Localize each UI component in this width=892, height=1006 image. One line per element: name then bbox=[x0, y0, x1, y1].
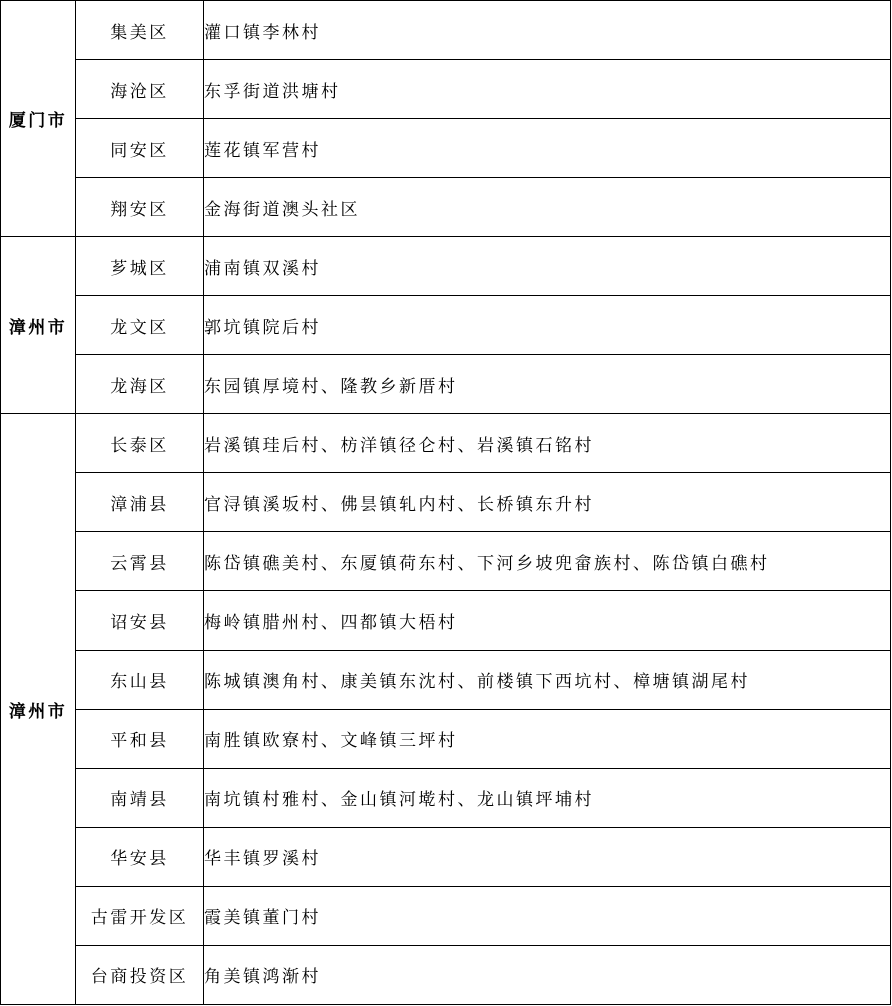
district-cell: 海沧区 bbox=[76, 60, 204, 119]
district-cell: 长泰区 bbox=[76, 414, 204, 473]
villages-cell: 陈岱镇礁美村、东厦镇荷东村、下河乡坡兜畲族村、陈岱镇白礁村 bbox=[204, 532, 891, 591]
region-village-table: 厦门市集美区灌口镇李林村海沧区东孚街道洪塘村同安区莲花镇军营村翔安区金海街道澳头… bbox=[0, 0, 891, 1005]
district-cell: 台商投资区 bbox=[76, 945, 204, 1004]
table-row: 古雷开发区霞美镇董门村 bbox=[1, 886, 891, 945]
city-cell: 厦门市 bbox=[1, 1, 76, 237]
table-row: 龙文区郭坑镇院后村 bbox=[1, 296, 891, 355]
district-cell: 平和县 bbox=[76, 709, 204, 768]
district-cell: 龙文区 bbox=[76, 296, 204, 355]
villages-cell: 灌口镇李林村 bbox=[204, 1, 891, 60]
district-cell: 东山县 bbox=[76, 650, 204, 709]
table-row: 龙海区东园镇厚境村、隆教乡新厝村 bbox=[1, 355, 891, 414]
table-row: 漳州市芗城区浦南镇双溪村 bbox=[1, 237, 891, 296]
table-row: 海沧区东孚街道洪塘村 bbox=[1, 60, 891, 119]
villages-cell: 东园镇厚境村、隆教乡新厝村 bbox=[204, 355, 891, 414]
table-row: 华安县华丰镇罗溪村 bbox=[1, 827, 891, 886]
villages-cell: 梅岭镇腊州村、四都镇大梧村 bbox=[204, 591, 891, 650]
region-table-body: 厦门市集美区灌口镇李林村海沧区东孚街道洪塘村同安区莲花镇军营村翔安区金海街道澳头… bbox=[1, 1, 891, 1005]
table-row: 翔安区金海街道澳头社区 bbox=[1, 178, 891, 237]
villages-cell: 官浔镇溪坂村、佛昙镇轧内村、长桥镇东升村 bbox=[204, 473, 891, 532]
table-row: 东山县陈城镇澳角村、康美镇东沈村、前楼镇下西坑村、樟塘镇湖尾村 bbox=[1, 650, 891, 709]
table-row: 台商投资区角美镇鸿渐村 bbox=[1, 945, 891, 1004]
villages-cell: 岩溪镇珪后村、枋洋镇径仑村、岩溪镇石铭村 bbox=[204, 414, 891, 473]
table-row: 漳州市长泰区岩溪镇珪后村、枋洋镇径仑村、岩溪镇石铭村 bbox=[1, 414, 891, 473]
villages-cell: 莲花镇军营村 bbox=[204, 119, 891, 178]
villages-cell: 南坑镇村雅村、金山镇河墘村、龙山镇坪埔村 bbox=[204, 768, 891, 827]
villages-cell: 霞美镇董门村 bbox=[204, 886, 891, 945]
district-cell: 芗城区 bbox=[76, 237, 204, 296]
villages-cell: 陈城镇澳角村、康美镇东沈村、前楼镇下西坑村、樟塘镇湖尾村 bbox=[204, 650, 891, 709]
district-cell: 同安区 bbox=[76, 119, 204, 178]
table-row: 同安区莲花镇军营村 bbox=[1, 119, 891, 178]
villages-cell: 东孚街道洪塘村 bbox=[204, 60, 891, 119]
district-cell: 云霄县 bbox=[76, 532, 204, 591]
villages-cell: 金海街道澳头社区 bbox=[204, 178, 891, 237]
district-cell: 集美区 bbox=[76, 1, 204, 60]
villages-cell: 浦南镇双溪村 bbox=[204, 237, 891, 296]
district-cell: 漳浦县 bbox=[76, 473, 204, 532]
villages-cell: 华丰镇罗溪村 bbox=[204, 827, 891, 886]
table-row: 厦门市集美区灌口镇李林村 bbox=[1, 1, 891, 60]
district-cell: 南靖县 bbox=[76, 768, 204, 827]
table-row: 诏安县梅岭镇腊州村、四都镇大梧村 bbox=[1, 591, 891, 650]
district-cell: 华安县 bbox=[76, 827, 204, 886]
table-row: 漳浦县官浔镇溪坂村、佛昙镇轧内村、长桥镇东升村 bbox=[1, 473, 891, 532]
villages-cell: 角美镇鸿渐村 bbox=[204, 945, 891, 1004]
district-cell: 古雷开发区 bbox=[76, 886, 204, 945]
district-cell: 龙海区 bbox=[76, 355, 204, 414]
city-cell: 漳州市 bbox=[1, 414, 76, 1005]
villages-cell: 郭坑镇院后村 bbox=[204, 296, 891, 355]
district-cell: 翔安区 bbox=[76, 178, 204, 237]
city-cell: 漳州市 bbox=[1, 237, 76, 414]
table-row: 云霄县陈岱镇礁美村、东厦镇荷东村、下河乡坡兜畲族村、陈岱镇白礁村 bbox=[1, 532, 891, 591]
table-row: 南靖县南坑镇村雅村、金山镇河墘村、龙山镇坪埔村 bbox=[1, 768, 891, 827]
villages-cell: 南胜镇欧寮村、文峰镇三坪村 bbox=[204, 709, 891, 768]
table-row: 平和县南胜镇欧寮村、文峰镇三坪村 bbox=[1, 709, 891, 768]
district-cell: 诏安县 bbox=[76, 591, 204, 650]
